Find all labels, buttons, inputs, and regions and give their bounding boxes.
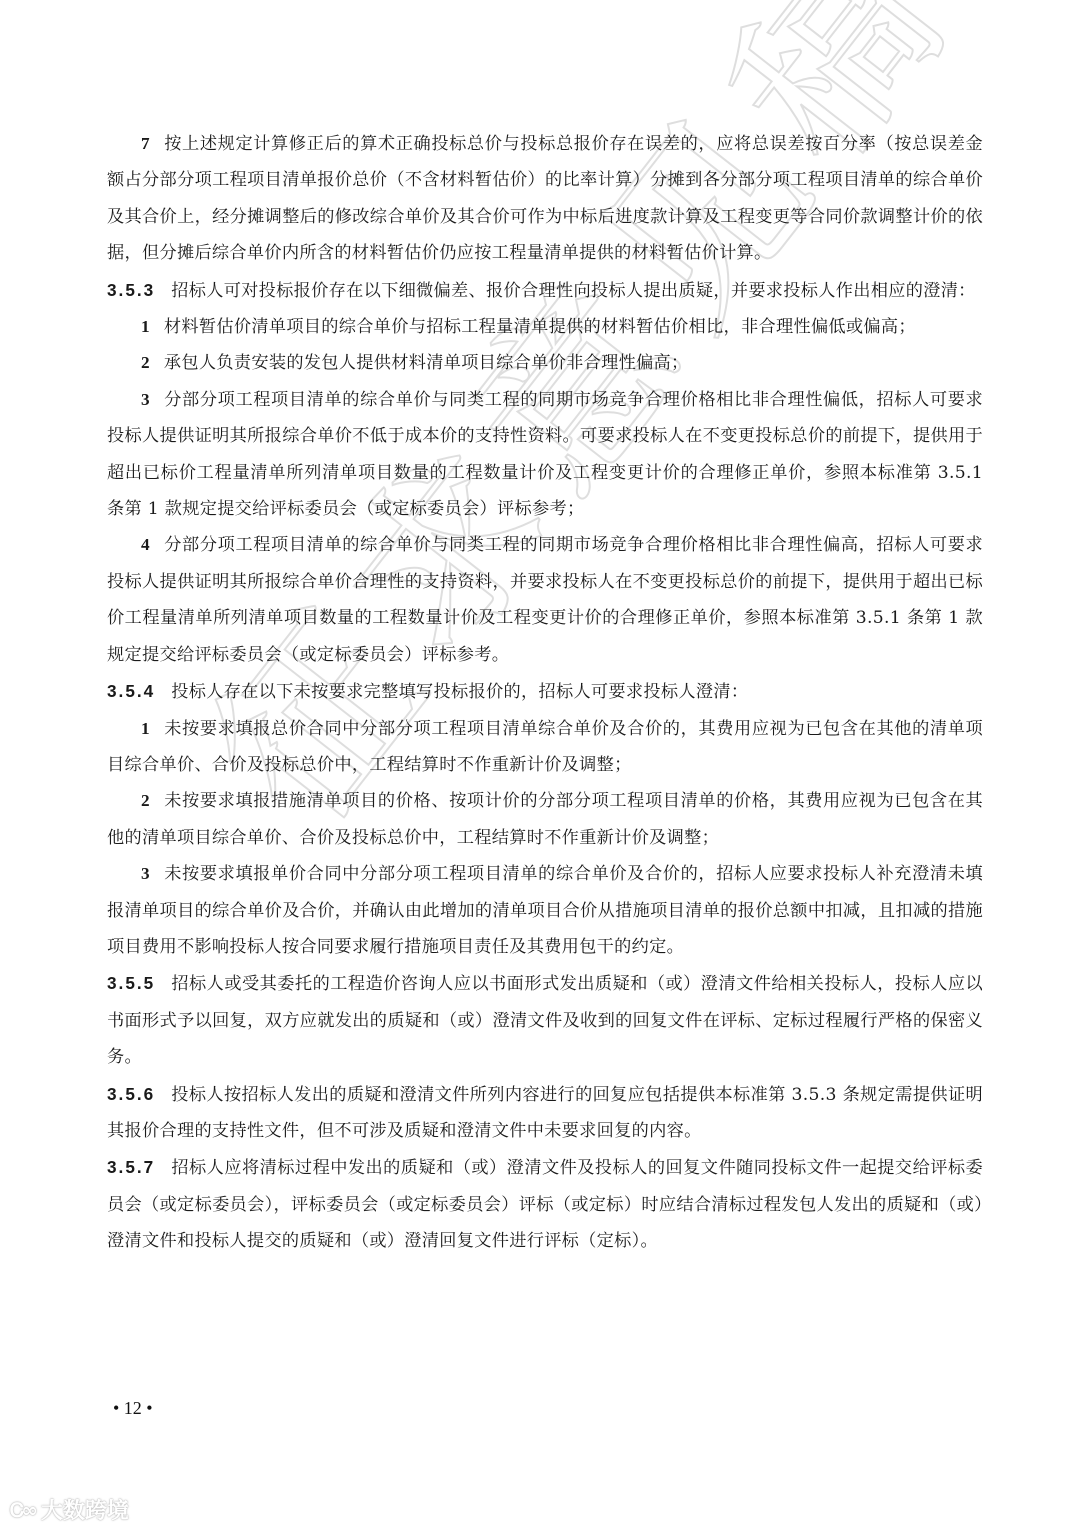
item-number: 2 bbox=[141, 791, 150, 810]
item-text: 按上述规定计算修正后的算术正确投标总价与投标总报价存在误差的，应将总误差按百分率… bbox=[107, 134, 983, 263]
document-page: 征求意见稿 7按上述规定计算修正后的算术正确投标总价与投标总报价存在误差的，应将… bbox=[0, 0, 1080, 1527]
clause-number: 3.5.6 bbox=[107, 1084, 155, 1104]
item-text: 分部分项工程项目清单的综合单价与同类工程的同期市场竞争合理价格相比非合理性偏低，… bbox=[107, 390, 983, 519]
clause-3-5-6: 3.5.6投标人按招标人发出的质疑和澄清文件所列内容进行的回复应包括提供本标准第… bbox=[107, 1076, 983, 1150]
item-text: 未按要求填报措施清单项目的价格、按项计价的分部分项工程项目清单的价格，其费用应视… bbox=[107, 791, 983, 847]
clause-3-5-5: 3.5.5招标人或受其委托的工程造价咨询人应以书面形式发出质疑和（或）澄清文件给… bbox=[107, 965, 983, 1075]
clause-text: 招标人或受其委托的工程造价咨询人应以书面形式发出质疑和（或）澄清文件给相关投标人… bbox=[107, 974, 983, 1067]
item-number: 3 bbox=[141, 390, 150, 409]
item-number: 2 bbox=[141, 353, 150, 372]
clause-number: 3.5.3 bbox=[107, 280, 155, 300]
clause-3-5-3: 3.5.3招标人可对投标报价存在以下细微偏差、报价合理性向投标人提出质疑，并要求… bbox=[107, 272, 983, 309]
source-logo: Ꮯ∞ 大数跨境 bbox=[10, 1494, 129, 1525]
item-text: 分部分项工程项目清单的综合单价与同类工程的同期市场竞争合理价格相比非合理性偏高，… bbox=[107, 535, 983, 664]
list-item-4: 4分部分项工程项目清单的综合单价与同类工程的同期市场竞争合理价格相比非合理性偏高… bbox=[107, 527, 983, 673]
item-text: 未按要求填报单价合同中分部分项工程项目清单的综合单价及合价的，招标人应要求投标人… bbox=[107, 864, 983, 957]
clause-number: 3.5.7 bbox=[107, 1157, 155, 1177]
item-number: 3 bbox=[141, 864, 150, 883]
list-item-7: 7按上述规定计算修正后的算术正确投标总价与投标总报价存在误差的，应将总误差按百分… bbox=[107, 126, 983, 272]
list-item-2: 2承包人负责安装的发包人提供材料清单项目综合单价非合理性偏高； bbox=[107, 345, 983, 381]
item-number: 4 bbox=[141, 535, 150, 554]
logo-icon: Ꮯ∞ bbox=[10, 1498, 35, 1522]
clause-text: 投标人存在以下未按要求完整填写投标报价的，招标人可要求投标人澄清： bbox=[171, 682, 748, 702]
list-item-3: 3分部分项工程项目清单的综合单价与同类工程的同期市场竞争合理价格相比非合理性偏低… bbox=[107, 382, 983, 528]
clause-number: 3.5.5 bbox=[107, 973, 155, 993]
item-text: 未按要求填报总价合同中分部分项工程项目清单综合单价及合价的，其费用应视为已包含在… bbox=[107, 719, 983, 775]
list-item-1: 1材料暂估价清单项目的综合单价与招标工程量清单提供的材料暂估价相比，非合理性偏低… bbox=[107, 309, 983, 345]
item-number: 1 bbox=[141, 317, 150, 336]
list-item-3: 3未按要求填报单价合同中分部分项工程项目清单的综合单价及合价的，招标人应要求投标… bbox=[107, 856, 983, 965]
clause-text: 招标人可对投标报价存在以下细微偏差、报价合理性向投标人提出质疑，并要求投标人作出… bbox=[171, 281, 975, 301]
list-item-1: 1未按要求填报总价合同中分部分项工程项目清单综合单价及合价的，其费用应视为已包含… bbox=[107, 711, 983, 784]
page-number: • 12 • bbox=[113, 1398, 153, 1419]
list-item-2: 2未按要求填报措施清单项目的价格、按项计价的分部分项工程项目清单的价格，其费用应… bbox=[107, 783, 983, 856]
item-text: 承包人负责安装的发包人提供材料清单项目综合单价非合理性偏高； bbox=[164, 353, 689, 373]
item-number: 7 bbox=[141, 134, 150, 153]
clause-text: 投标人按招标人发出的质疑和澄清文件所列内容进行的回复应包括提供本标准第 3.5.… bbox=[107, 1085, 983, 1141]
clause-3-5-4: 3.5.4投标人存在以下未按要求完整填写投标报价的，招标人可要求投标人澄清： bbox=[107, 673, 983, 710]
item-text: 材料暂估价清单项目的综合单价与招标工程量清单提供的材料暂估价相比，非合理性偏低或… bbox=[164, 317, 916, 337]
logo-text: 大数跨境 bbox=[41, 1494, 129, 1525]
clause-text: 招标人应将清标过程中发出的质疑和（或）澄清文件及投标人的回复文件随同投标文件一起… bbox=[107, 1158, 983, 1251]
clause-3-5-7: 3.5.7招标人应将清标过程中发出的质疑和（或）澄清文件及投标人的回复文件随同投… bbox=[107, 1149, 983, 1259]
item-number: 1 bbox=[141, 719, 150, 738]
document-body: 7按上述规定计算修正后的算术正确投标总价与投标总报价存在误差的，应将总误差按百分… bbox=[107, 126, 983, 1260]
clause-number: 3.5.4 bbox=[107, 681, 155, 701]
